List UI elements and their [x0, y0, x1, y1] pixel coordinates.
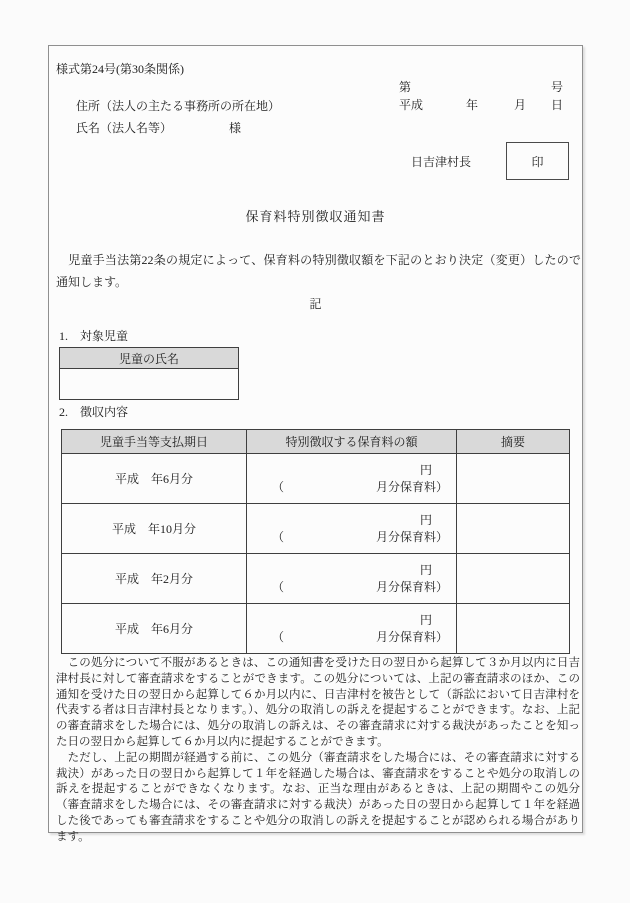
- amount-paren-line: （ 月分保育料）: [247, 629, 456, 646]
- child-name-value-row: [60, 369, 239, 400]
- form-number: 様式第24号(第30条関係): [56, 62, 184, 76]
- amount-unit: 円: [247, 512, 456, 529]
- column-header-remark: 摘要: [457, 430, 570, 454]
- amount-paren-note: 月分保育料）: [376, 579, 448, 596]
- date-year-label: 年: [466, 98, 478, 112]
- amount-paren-line: （ 月分保育料）: [247, 529, 456, 546]
- collection-table: 児童手当等支払期日 特別徴収する保育料の額 摘要 平成 年6月分 円 （ 月分保…: [61, 429, 570, 654]
- column-header-period: 児童手当等支払期日: [62, 430, 247, 454]
- child-name-cell: [60, 369, 239, 400]
- note-paragraph-2: ただし、上記の期間が経過する前に、この処分（審査請求をした場合には、その審査請求…: [56, 751, 580, 846]
- child-name-header-row: 児童の氏名: [60, 348, 239, 369]
- table-row: 平成 年2月分 円 （ 月分保育料）: [62, 554, 570, 604]
- amount-cell: 円 （ 月分保育料）: [247, 554, 457, 604]
- amount-paren-note: 月分保育料）: [376, 629, 448, 646]
- collection-header-row: 児童手当等支払期日 特別徴収する保育料の額 摘要: [62, 430, 570, 454]
- form-sheet: 様式第24号(第30条関係) 第 号 平成 年 月 日 住所（法人の主たる事務所…: [48, 45, 583, 833]
- amount-paren-line: （ 月分保育料）: [247, 579, 456, 596]
- date-month-label: 月: [514, 98, 526, 112]
- doc-number-suffix: 号: [551, 80, 563, 94]
- column-header-amount: 特別徴収する保育料の額: [247, 430, 457, 454]
- table-row: 平成 年10月分 円 （ 月分保育料）: [62, 504, 570, 554]
- document-title: 保育料特別徴収通知書: [49, 206, 582, 225]
- remark-cell: [457, 504, 570, 554]
- document-page: 様式第24号(第30条関係) 第 号 平成 年 月 日 住所（法人の主たる事務所…: [0, 0, 630, 903]
- child-name-table: 児童の氏名: [59, 347, 239, 400]
- amount-cell: 円 （ 月分保育料）: [247, 454, 457, 504]
- amount-paren-note: 月分保育料）: [376, 529, 448, 546]
- table-row: 平成 年6月分 円 （ 月分保育料）: [62, 604, 570, 654]
- section2-heading: 2. 徴収内容: [59, 405, 128, 419]
- amount-paren-open: （: [272, 529, 284, 546]
- address-label: 住所（法人の主たる事務所の所在地）: [76, 99, 280, 113]
- period-cell: 平成 年6月分: [62, 454, 247, 504]
- period-cell: 平成 年10月分: [62, 504, 247, 554]
- amount-unit: 円: [247, 562, 456, 579]
- name-label: 氏名（法人名等）: [76, 121, 172, 135]
- note-paragraph-1: この処分について不服があるときは、この通知書を受けた日の翌日から起算して３か月以…: [56, 656, 580, 751]
- section1-heading: 1. 対象児童: [59, 329, 128, 343]
- child-name-column-header: 児童の氏名: [60, 348, 239, 369]
- amount-paren-note: 月分保育料）: [376, 479, 448, 496]
- amount-unit: 円: [247, 612, 456, 629]
- appeal-notes: この処分について不服があるときは、この通知書を受けた日の翌日から起算して３か月以…: [56, 656, 580, 846]
- honorific-label: 様: [229, 121, 241, 135]
- amount-cell: 円 （ 月分保育料）: [247, 604, 457, 654]
- doc-number-prefix: 第: [399, 80, 411, 94]
- date-day-label: 日: [551, 98, 563, 112]
- intro-paragraph: 児童手当法第22条の規定によって、保育料の特別徴収額を下記のとおり決定（変更）し…: [56, 249, 581, 293]
- amount-paren-line: （ 月分保育料）: [247, 479, 456, 496]
- amount-cell: 円 （ 月分保育料）: [247, 504, 457, 554]
- amount-paren-open: （: [272, 629, 284, 646]
- issuer-name: 日吉津村長: [411, 155, 471, 169]
- remark-cell: [457, 454, 570, 504]
- remark-cell: [457, 554, 570, 604]
- remark-cell: [457, 604, 570, 654]
- amount-paren-open: （: [272, 579, 284, 596]
- period-cell: 平成 年6月分: [62, 604, 247, 654]
- amount-paren-open: （: [272, 479, 284, 496]
- amount-unit: 円: [247, 462, 456, 479]
- seal-label: 印: [531, 153, 543, 170]
- seal-box: 印: [506, 142, 569, 180]
- record-marker: 記: [49, 295, 582, 312]
- date-era-label: 平成: [399, 98, 423, 112]
- table-row: 平成 年6月分 円 （ 月分保育料）: [62, 454, 570, 504]
- period-cell: 平成 年2月分: [62, 554, 247, 604]
